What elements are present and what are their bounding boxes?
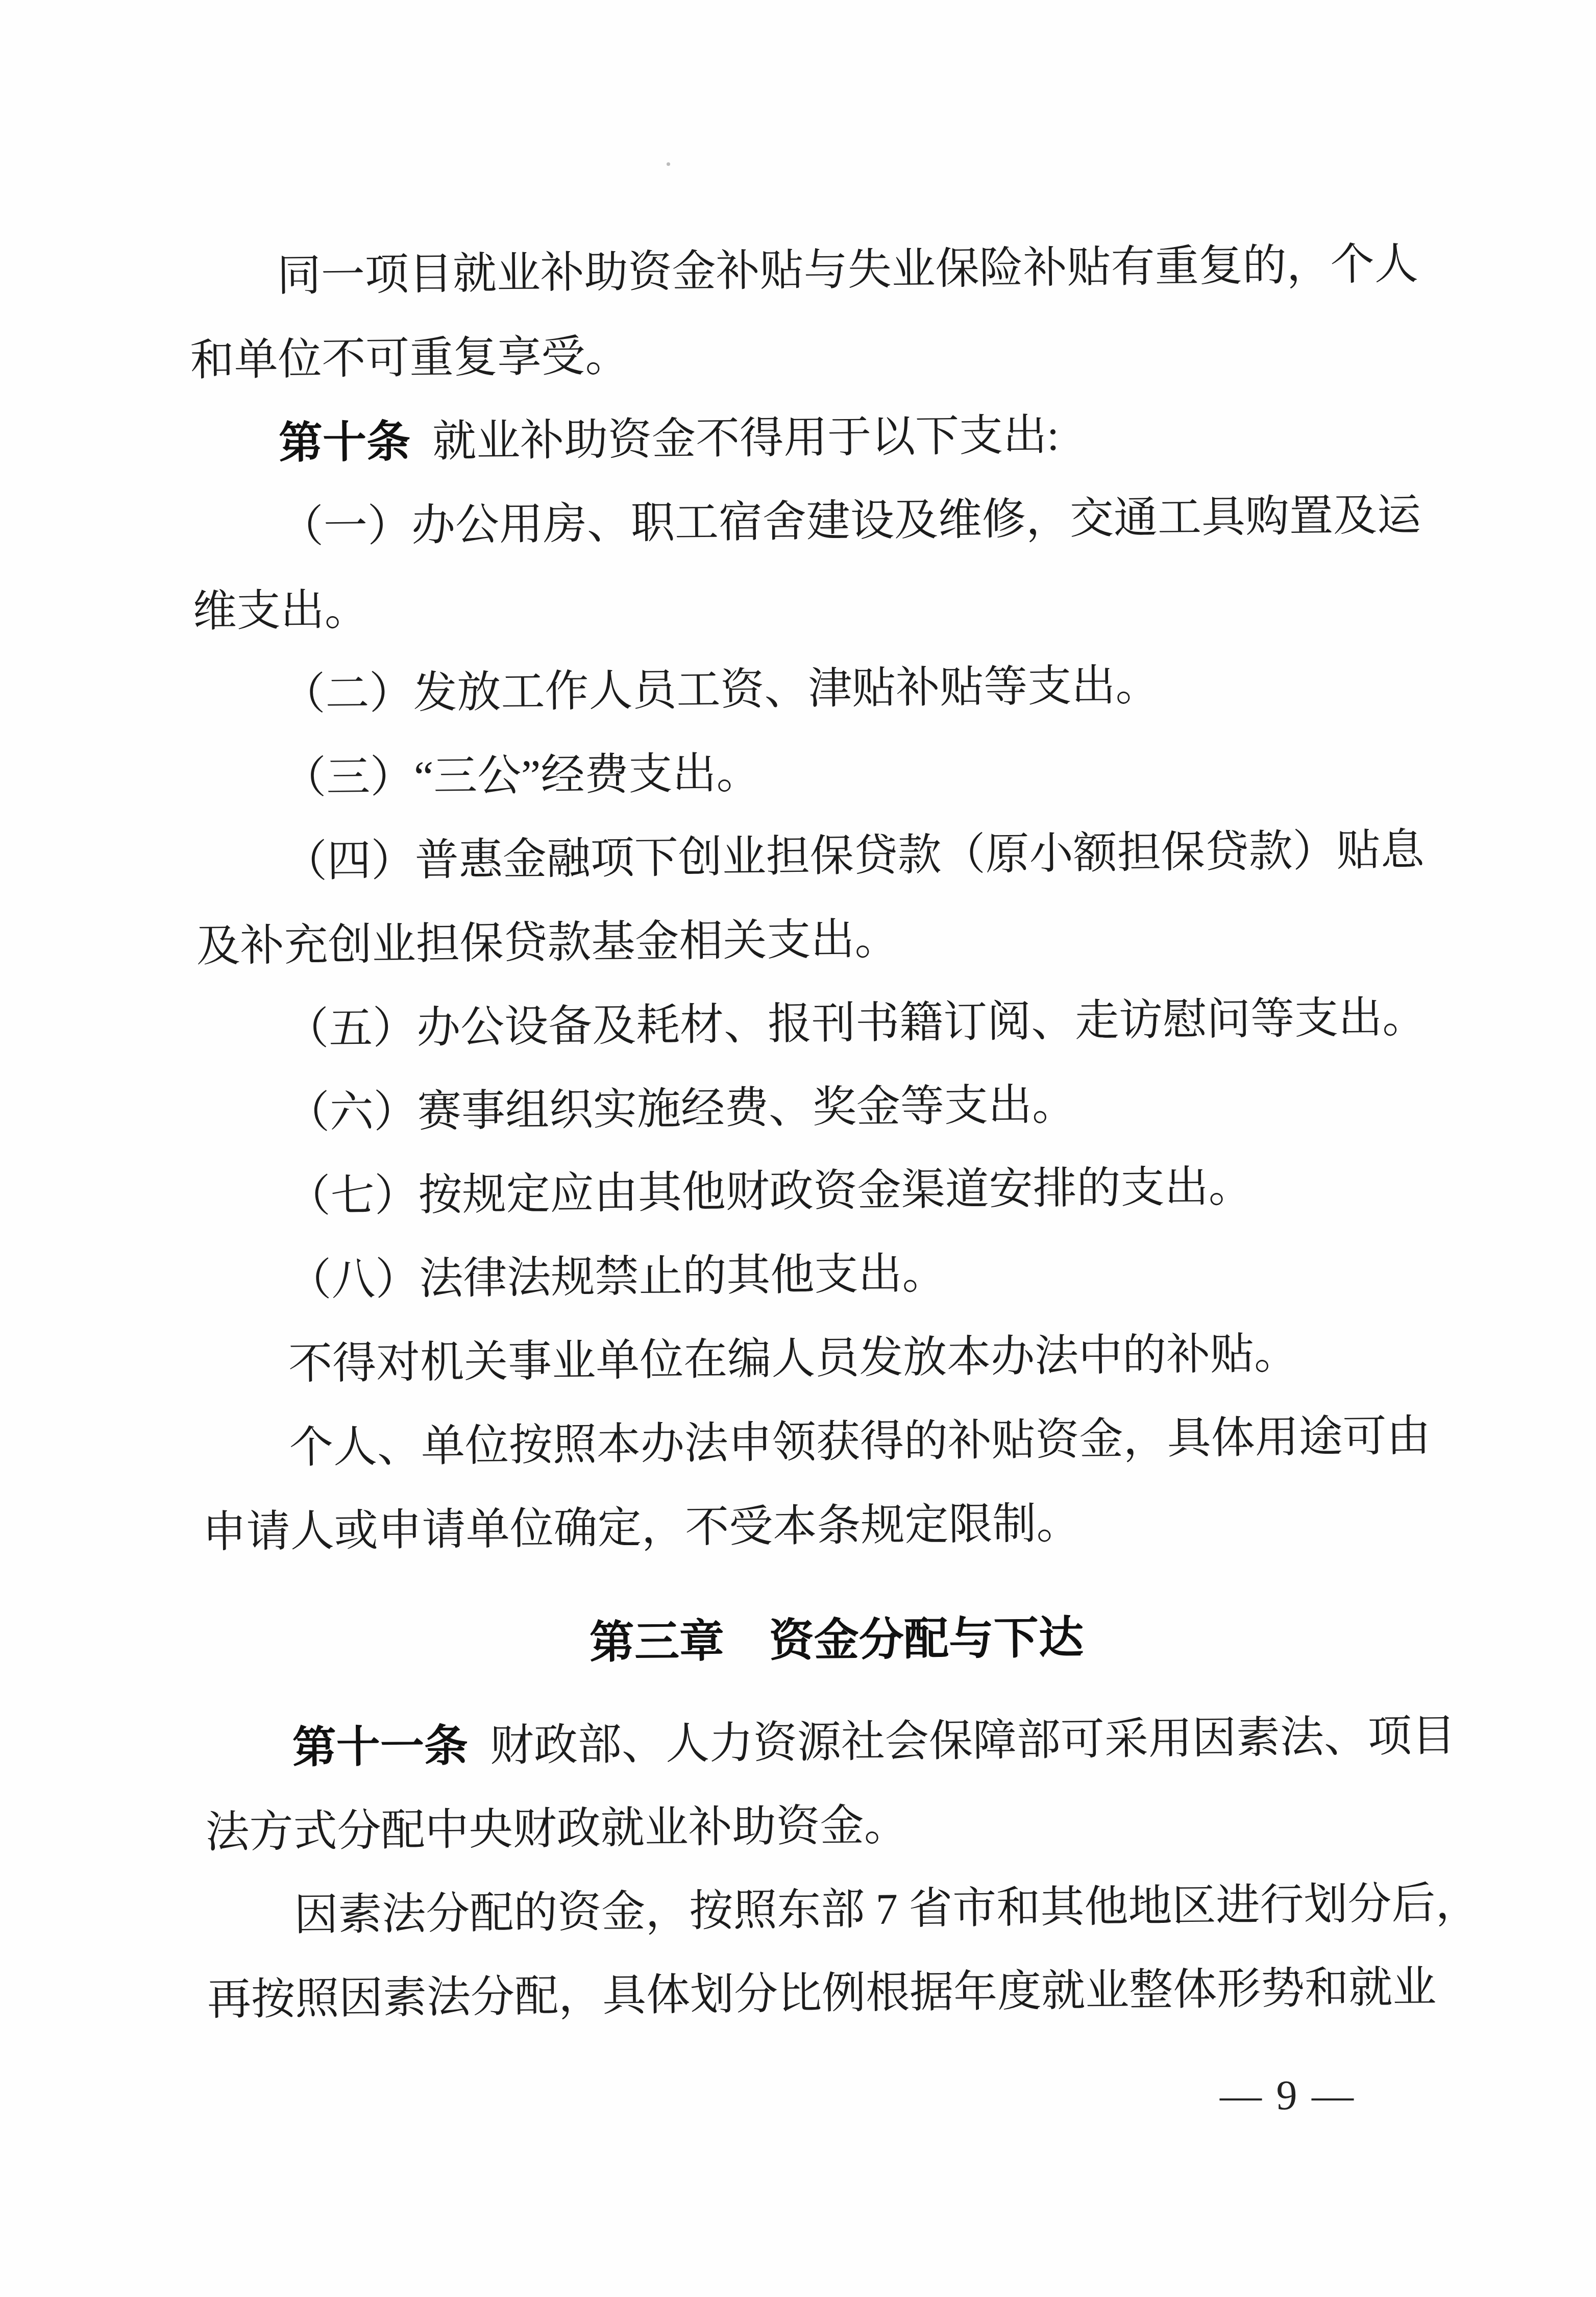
text-line: 不得对机关事业单位在编人员发放本办法中的补贴。	[200, 1310, 1467, 1407]
line-text: 申请人或申请单位确定，不受本条规定限制。	[202, 1499, 1081, 1557]
text-line-item-5: （五）办公设备及耗材、报刊书籍订阅、走访慰问等支出。	[197, 975, 1463, 1072]
line-text: （五）办公设备及耗材、报刊书籍订阅、走访慰问等支出。	[285, 993, 1427, 1054]
text-line: 申请人或申请单位确定，不受本条规定限制。	[202, 1477, 1469, 1574]
line-text: （七）按规定应由其他财政资金渠道安排的支出。	[286, 1162, 1253, 1221]
line-text: 同一项目就业补助资金补贴与失业保险补贴有重复的，个人	[277, 239, 1418, 300]
scan-speck	[667, 162, 670, 166]
line-text: （二）发放工作人员工资、津贴补贴等支出。	[281, 661, 1160, 719]
text-line-item-8: （八）法律法规禁止的其他支出。	[200, 1226, 1466, 1323]
line-text: （六）赛事组织实施经费、奖金等支出。	[286, 1080, 1076, 1137]
line-text: 法方式分配中央财政就业补助资金。	[205, 1800, 908, 1856]
text-line-article-11: 第十一条财政部、人力资源社会保障部可采用因素法、项目	[204, 1694, 1471, 1791]
text-line: 及补充创业担保贷款基金相关支出。	[196, 891, 1463, 988]
line-text: 因素法分配的资金，按照东部 7 省市和其他地区进行划分后，	[294, 1878, 1480, 1940]
line-text: （八）法律法规禁止的其他支出。	[287, 1249, 946, 1305]
article-number-bold: 第十条	[279, 417, 411, 468]
line-text: （四）普惠金融项下创业担保贷款（原小额担保贷款）贴息	[283, 825, 1425, 886]
line-text: 及补充创业担保贷款基金相关支出。	[196, 915, 899, 971]
text-line-item-6: （六）赛事组织实施经费、奖金等支出。	[198, 1059, 1464, 1156]
text-line: 和单位不可重复享受。	[190, 305, 1457, 402]
line-text: 个人、单位按照本办法申领获得的补贴资金，具体用途可由	[289, 1411, 1431, 1472]
text-line-item-1: （一）办公用房、职工宿舍建设及维修，交通工具购置及运	[191, 473, 1458, 570]
text-line: 再按照因素法分配，具体划分比例根据年度就业整体形势和就业	[207, 1945, 1474, 2042]
text-line-item-2: （二）发放工作人员工资、津贴补贴等支出。	[193, 640, 1460, 737]
text-line: 同一项目就业补助资金补贴与失业保险补贴有重复的，个人	[189, 222, 1456, 319]
line-text: 维支出。	[192, 585, 369, 636]
text-line-article-10: 第十条就业补助资金不得用于以下支出:	[190, 389, 1457, 486]
line-text: 财政部、人力资源社会保障部可采用因素法、项目	[490, 1711, 1456, 1770]
text-line-item-3: （三）“三公”经费支出。	[194, 724, 1461, 821]
text-line-item-7: （七）按规定应由其他财政资金渠道安排的支出。	[199, 1142, 1465, 1239]
body-text-block: 同一项目就业补助资金补贴与失业保险补贴有重复的，个人 和单位不可重复享受。 第十…	[189, 222, 1474, 2042]
text-line: 因素法分配的资金，按照东部 7 省市和其他地区进行划分后，	[206, 1861, 1473, 1958]
document-page: 同一项目就业补助资金补贴与失业保险补贴有重复的，个人 和单位不可重复享受。 第十…	[0, 0, 1596, 2297]
line-text: （一）办公用房、职工宿舍建设及维修，交通工具购置及运	[279, 491, 1421, 551]
page-number: — 9 —	[1220, 2067, 1356, 2123]
text-line: 个人、单位按照本办法申领获得的补贴资金，具体用途可由	[201, 1394, 1468, 1490]
article-number-bold: 第十一条	[292, 1721, 469, 1772]
line-text: 不得对机关事业单位在编人员发放本办法中的补贴。	[288, 1329, 1298, 1388]
text-line-item-4: （四）普惠金融项下创业担保贷款（原小额担保贷款）贴息	[195, 808, 1462, 905]
line-text: （三）“三公”经费支出。	[282, 748, 760, 802]
chapter-heading: 第三章 资金分配与下达	[203, 1592, 1470, 1689]
line-text: 和单位不可重复享受。	[190, 331, 629, 385]
text-line: 维支出。	[192, 556, 1459, 653]
line-text: 就业补助资金不得用于以下支出:	[432, 410, 1060, 466]
text-line: 法方式分配中央财政就业补助资金。	[205, 1777, 1472, 1874]
line-text: 再按照因素法分配，具体划分比例根据年度就业整体形势和就业	[207, 1963, 1437, 2024]
